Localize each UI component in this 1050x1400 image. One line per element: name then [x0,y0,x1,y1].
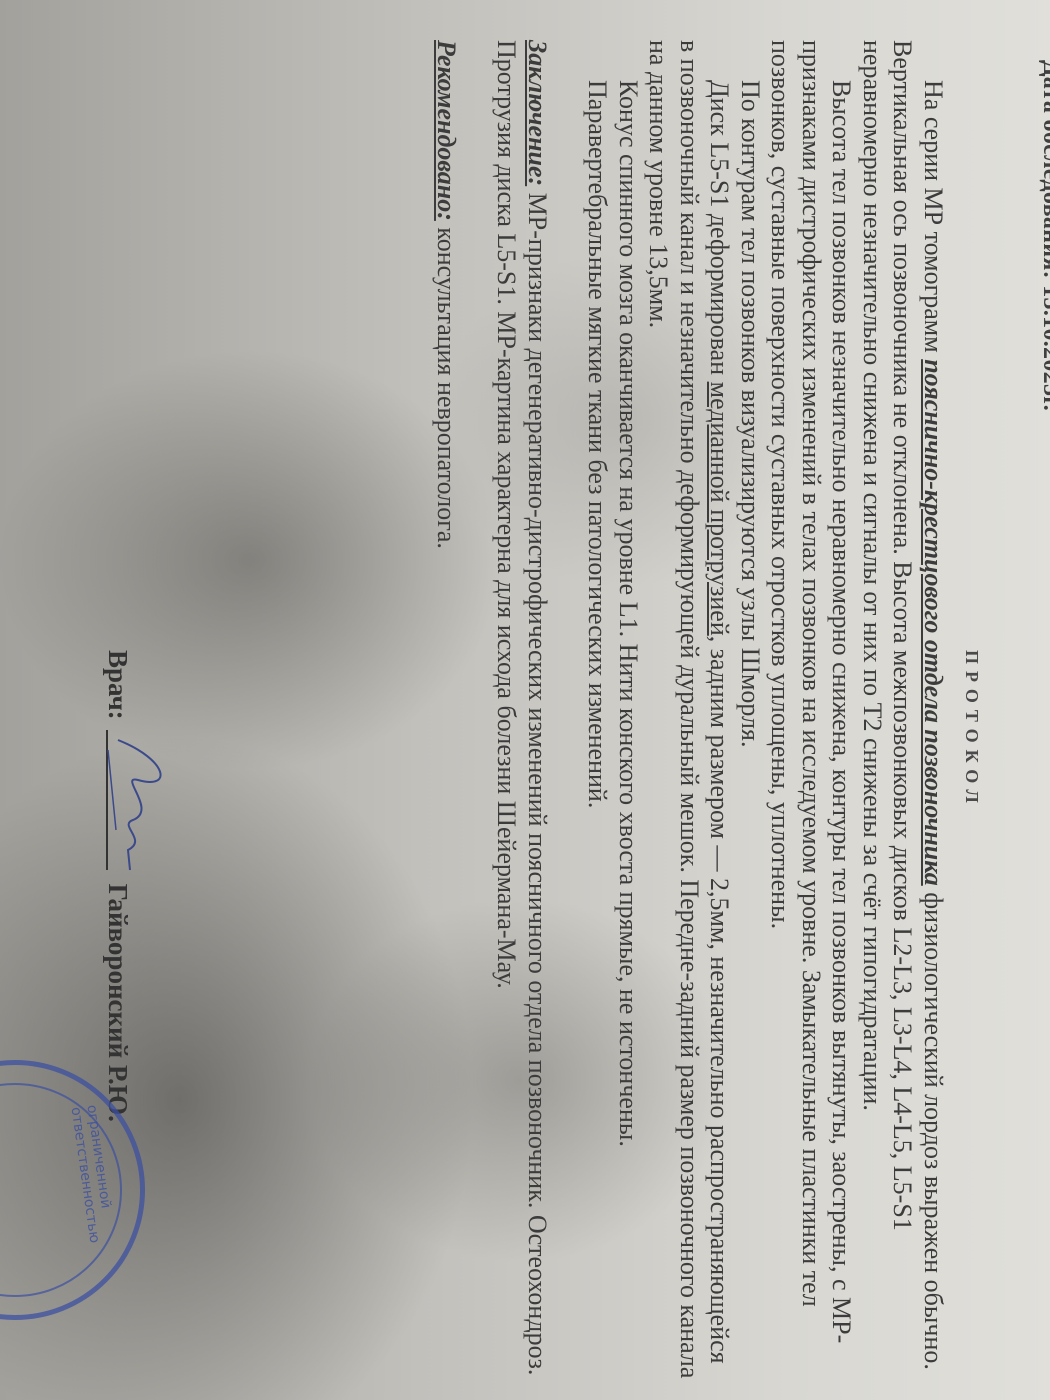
paragraph-intro: На серии МР томограмм пояснично-крестцов… [857,40,949,1380]
disc-prefix: Диск L5-S1 деформирован [706,80,735,382]
conclusion-label: Заключение: [523,40,552,186]
doctor-label: Врач: [102,650,133,720]
paragraph-conus: Конус спинного мозга оканчивается на уро… [613,40,644,1380]
signature-field [106,730,138,870]
recommendation-label: Рекомендовано: [432,40,461,221]
doctor-signature-line: Врач: Гайворонский Р.Ю. [102,650,138,1122]
conclusion: Заключение: МР-признаки дегенеративно-ди… [491,40,552,1380]
protrusion-underlined: медианной протрузией [706,382,735,636]
document-photo: Дата обследования: 13.10.2023г. ПРОТОКОЛ… [0,0,1050,1400]
paragraph-disc: Диск L5-S1 деформирован медианной протру… [643,40,735,1380]
protocol-page: Дата обследования: 13.10.2023г. ПРОТОКОЛ… [0,0,1050,1400]
handwritten-signature-icon [98,720,178,890]
protocol-body: На серии МР томограмм пояснично-крестцов… [431,40,949,1380]
recommendation: Рекомендовано: консультация невропатолог… [431,40,462,1380]
paragraph-vertebrae: Высота тел позвонков незначительно нерав… [765,40,857,1380]
doctor-name: Гайворонский Р.Ю. [102,884,133,1122]
intro-prefix: На серии МР томограмм [919,80,948,359]
exam-date: Дата обследования: 13.10.2023г. [1037,60,1050,411]
paragraph-soft-tissue: Паравертебральные мягкие ткани без патол… [582,40,613,1380]
document-title: ПРОТОКОЛ [961,650,982,810]
region-emphasis: пояснично-крестцового отдела позвоночник… [919,359,948,886]
paragraph-schmorl: По контурам тел позвонков визуализируютс… [735,40,766,1380]
conclusion-text: МР-признаки дегенеративно-дистрофических… [493,40,553,1375]
recommendation-text: консультация невропатолога. [432,221,461,549]
